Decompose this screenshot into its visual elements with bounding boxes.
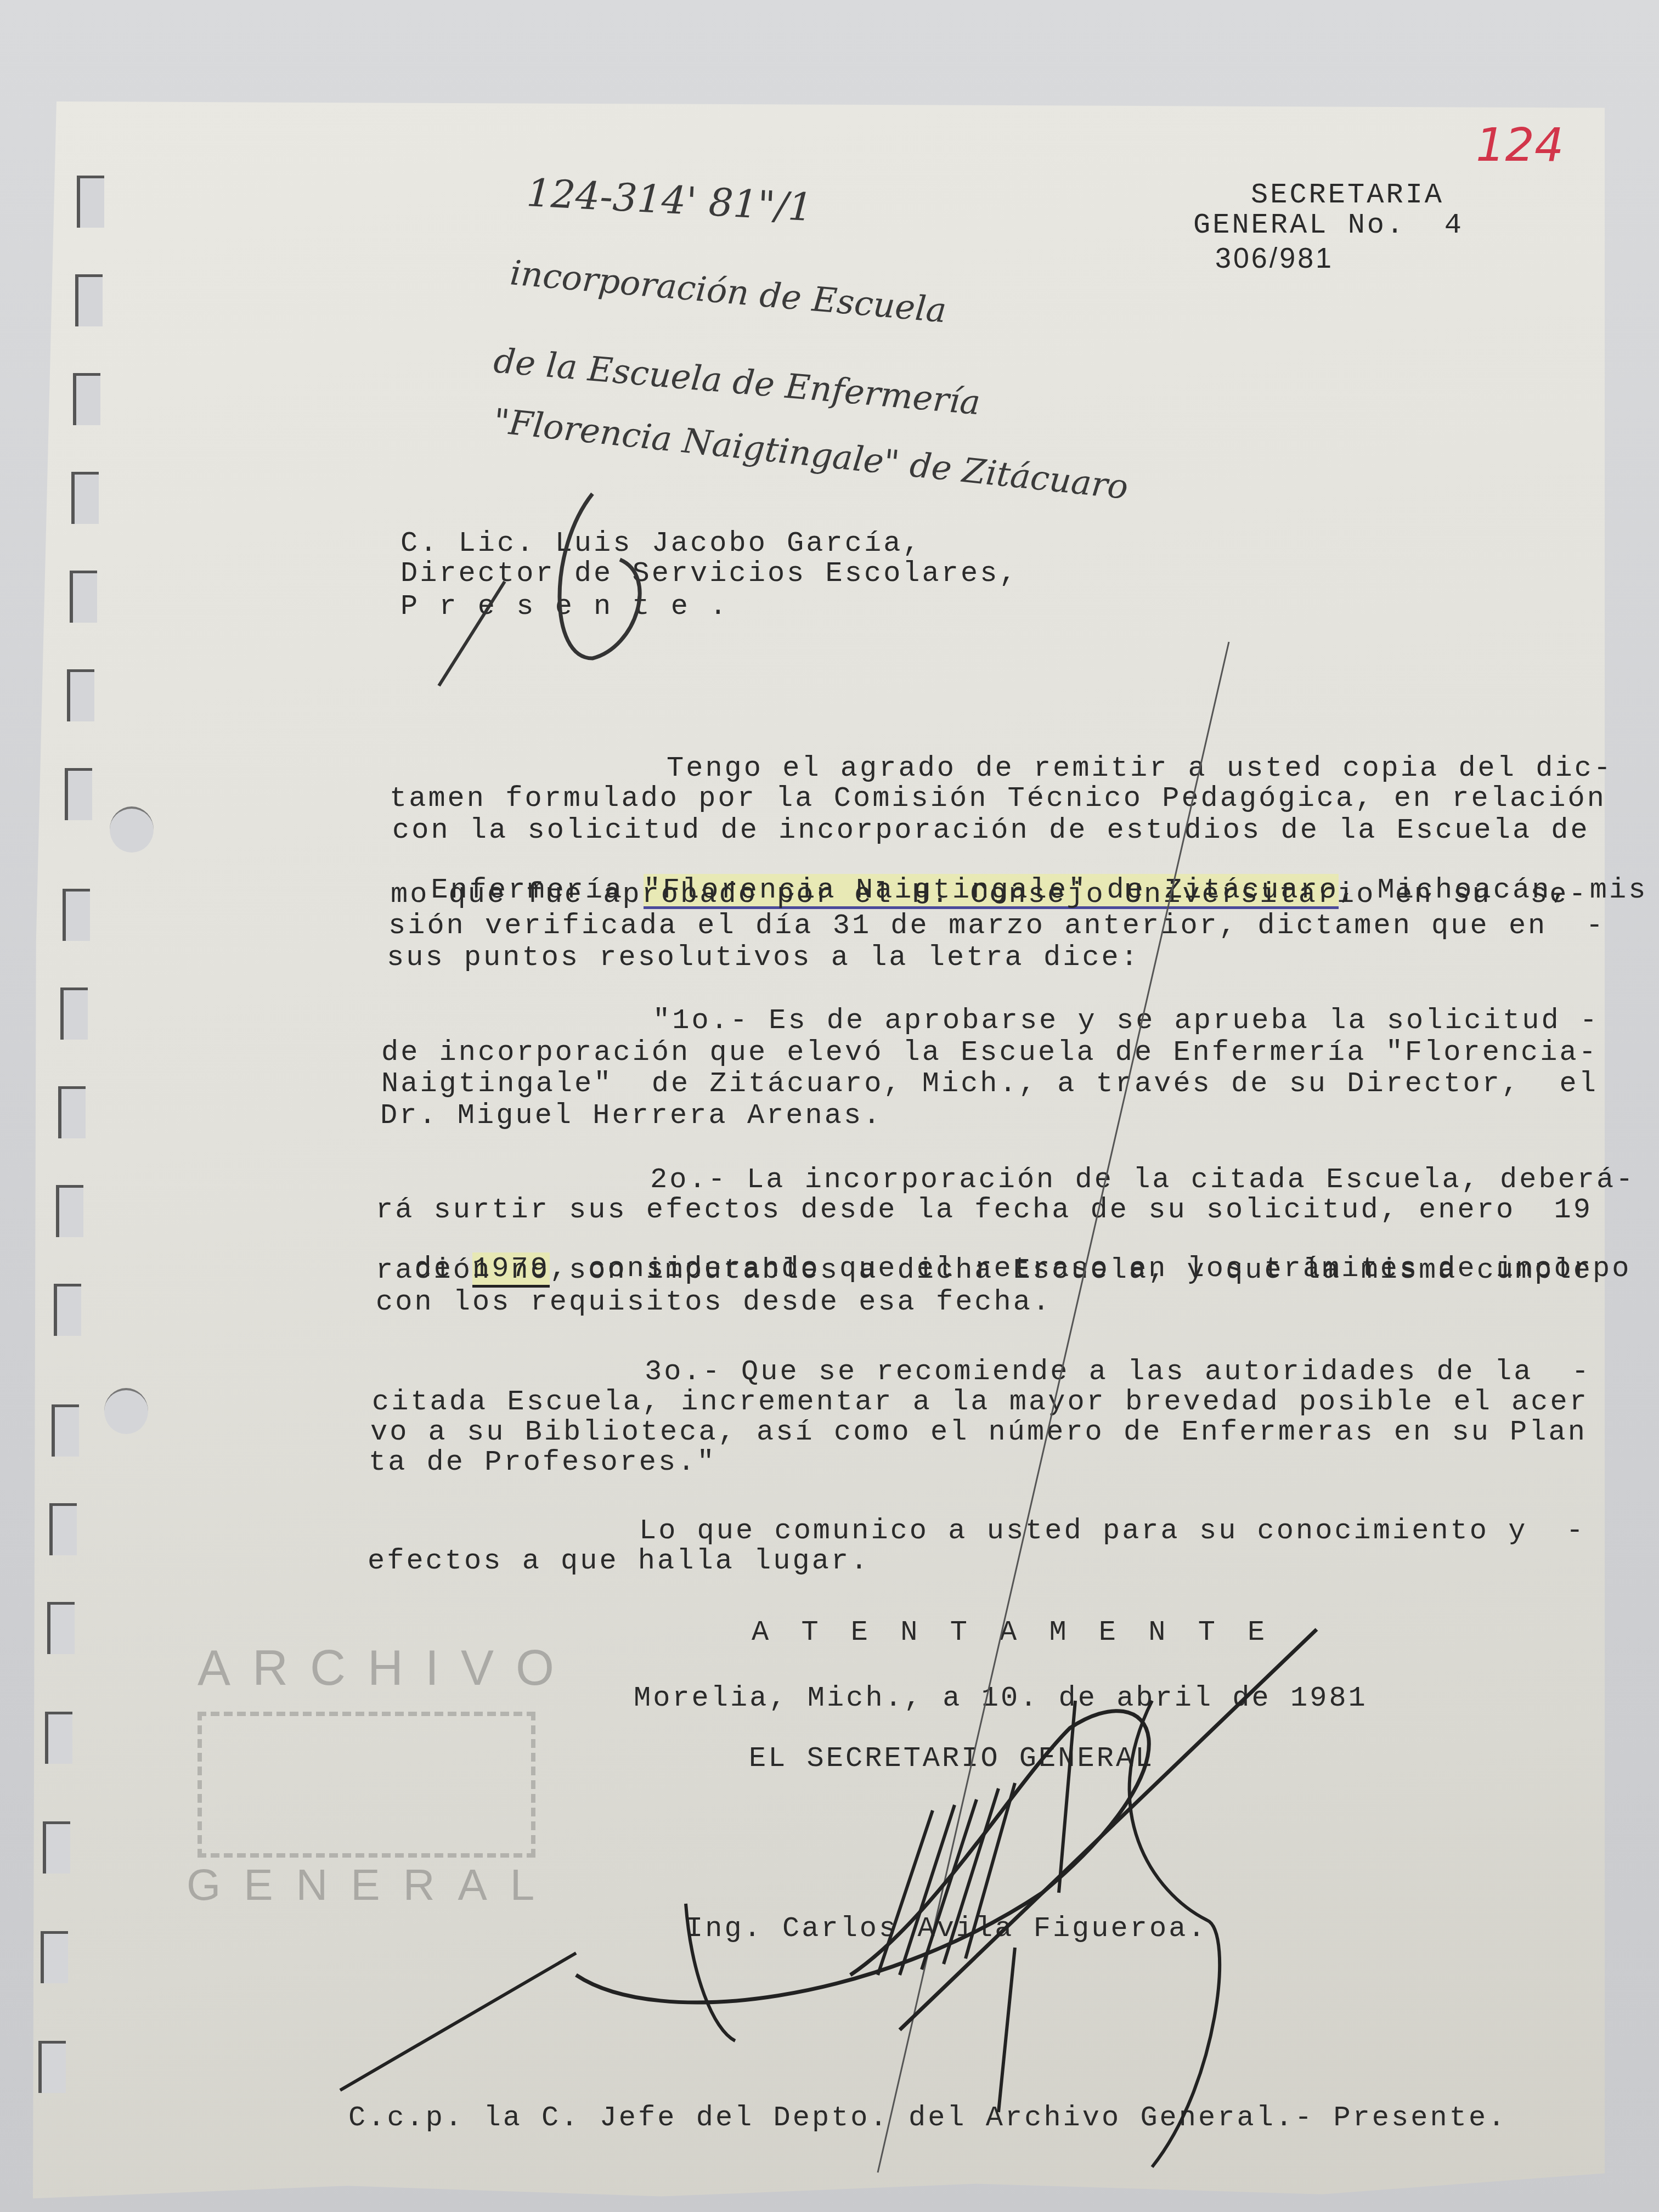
office-name-line1: SECRETARIA [1251,181,1444,210]
point3-line-3: vo a su Biblioteca, así como el número d… [370,1418,1587,1447]
point1-line-2: de incorporación que elevó la Escuela de… [381,1039,1598,1067]
office-name-line2: GENERAL No. 4 [1193,211,1464,240]
point3-line-1: 3o.- Que se recomiende a las autoridades… [645,1358,1591,1386]
point3-line-2: citada Escuela, incrementar a la mayor b… [372,1388,1589,1417]
closing-line-2: efectos a que halla lugar. [368,1547,870,1576]
file-number: 306/981 [1215,244,1334,273]
recipient-name: C. Lic. Luis Jacobo García, [400,529,922,558]
recipient-presente: P r e s e n t e . [400,592,729,621]
intro-line-5: mo que fue aprobado por el H. Consejo Un… [391,881,1588,909]
archive-stamp-top: ARCHIVO [198,1640,576,1697]
point1-line-4: Dr. Miguel Herrera Arenas. [380,1102,882,1130]
point2-line-4: ración no son imputables a dicha Escuela… [376,1256,1593,1285]
signer-name: Ing. Carlos Avila Figueroa. [686,1915,1207,1943]
cc-line: C.c.p. la C. Jefe del Depto. del Archivo… [348,2104,1507,2132]
recipient-title: Director de Servicios Escolares, [400,560,1019,588]
point1-line-3: Naigtingale" de Zitácuaro, Mich., a trav… [381,1070,1598,1098]
point2-line-5: con los requisitos desde esa fecha. [376,1288,1052,1317]
intro-line-6: sión verificada el día 31 de marzo anter… [388,912,1605,940]
closing-line-1: Lo que comunico a usted para su conocimi… [639,1517,1585,1545]
archive-stamp-bottom: GENERAL [187,1860,557,1910]
intro-line-2: tamen formulado por la Comisión Técnico … [390,785,1606,813]
signer-position: EL SECRETARIO GENERAL [749,1745,1154,1773]
intro-line-7: sus puntos resolutivos a la letra dice: [387,944,1140,972]
page-number-annotation: 124 [1476,118,1564,172]
point2-line-2: rá surtir sus efectos desde la fecha de … [376,1196,1593,1224]
point2-line-1: 2o.- La incorporación de la citada Escue… [650,1166,1635,1194]
salutation: A T E N T A M E N T E [752,1618,1272,1647]
archive-stamp-box [198,1712,535,1858]
place-and-date: Morelia, Mich., a 10. de abril de 1981 [634,1684,1368,1713]
point1-line-1: "1o.- Es de aprobarse y se aprueba la so… [653,1007,1599,1035]
intro-line-3: con la solicitud de incorporación de est… [392,816,1590,845]
point3-line-4: ta de Profesores." [369,1448,716,1477]
intro-line-1: Tengo el agrado de remitir a usted copia… [667,754,1613,783]
